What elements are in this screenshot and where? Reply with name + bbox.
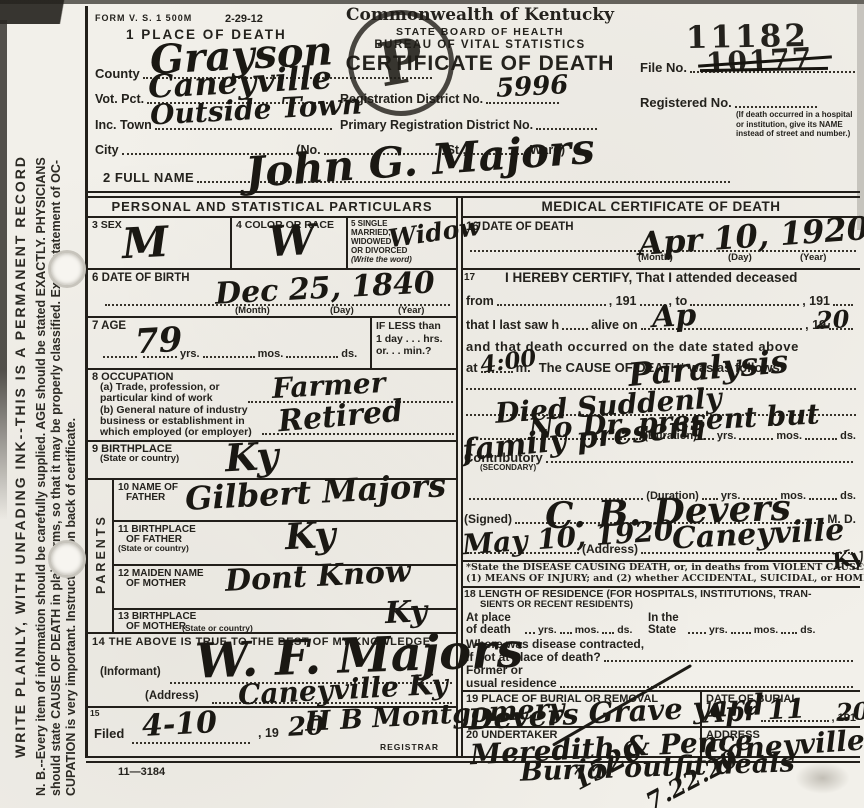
burial-year-value: 20: [835, 699, 864, 725]
age-value: 79: [134, 323, 183, 359]
year-191-a: , 191: [609, 294, 637, 308]
p-stamp-letter: P: [373, 25, 430, 102]
at-place-units-row: yrs. mos. ds.: [522, 624, 640, 636]
row-line-3: [88, 368, 456, 370]
res-ds-1: ds.: [617, 624, 632, 636]
mother-bp-value: Ky: [384, 597, 428, 629]
parents-label: PARENTS: [94, 514, 108, 594]
father-name-value: Gilbert Majors: [184, 469, 446, 515]
occupation-b-value: Retired: [277, 397, 404, 438]
time-of-death-value: 4:00: [479, 346, 538, 377]
from-label: from: [466, 294, 494, 308]
birthplace-value: Ky: [224, 437, 279, 478]
in-state-units-row: yrs. mos. ds.: [685, 624, 857, 636]
cell-border-1: [230, 216, 232, 268]
full-name-label: 2 FULL NAME: [103, 170, 194, 185]
form-code: 11—3184: [118, 766, 165, 778]
certify-statement: I HEREBY CERTIFY, That I attended deceas…: [505, 271, 797, 286]
mother-name-label-l2: OF MOTHER: [126, 578, 186, 589]
dob-label: 6 DATE OF BIRTH: [92, 272, 190, 285]
father-name-label-l2: FATHER: [126, 492, 165, 503]
if-less-l2: 1 day . . . hrs.: [376, 333, 443, 346]
filed-date-value: 4-10: [141, 708, 218, 742]
margin-warning-text: WRITE PLAINLY, WITH UNFADING INK--THIS I…: [12, 155, 28, 758]
if-less-label: IF LESS than 1 day . . . hrs. or. . . mi…: [376, 320, 443, 358]
if-less-l1: IF LESS than: [376, 320, 443, 333]
registered-no-row: Registered No.: [640, 95, 820, 110]
hospital-note: (If death occurred in a hospital or inst…: [736, 110, 860, 139]
vot-pct-label: Vot. Pct.: [95, 92, 144, 106]
age-label: 7 AGE: [92, 320, 126, 333]
informant-label: (Informant): [100, 666, 161, 679]
last-saw-label-a: that I last saw h: [466, 318, 559, 332]
dod-label: 16 DATE OF DEATH: [466, 221, 574, 234]
occupation-a-line2: particular kind of work: [100, 393, 213, 405]
county-label: County: [95, 66, 140, 81]
mother-name-value: Dont Know: [224, 557, 411, 597]
sign-address-value: Caneyville: [671, 516, 845, 555]
res-ds-2: ds.: [800, 624, 815, 636]
sign-address-value-2: Ky: [830, 545, 864, 574]
city-label: City: [95, 143, 119, 157]
footnote-line-1: *State the DISEASE CAUSING DEATH, or, in…: [466, 563, 864, 573]
cell-border-3: [370, 316, 372, 368]
scan-edge-top: [0, 0, 864, 4]
res-mos-2: mos.: [754, 624, 779, 636]
margin-nb-line1: N. B.--Every item of information should …: [34, 157, 49, 796]
duration-ds-1: ds.: [840, 430, 856, 442]
dod-value: Apr 10, 1920: [637, 212, 864, 260]
signed-label: (Signed): [464, 512, 512, 526]
at-label: at: [466, 360, 478, 375]
res-mos-1: mos.: [575, 624, 600, 636]
registered-no-label: Registered No.: [640, 95, 732, 110]
last-saw-month-value: Ap: [651, 301, 697, 333]
cell-border-2: [346, 216, 348, 268]
father-bp-value: Ky: [284, 517, 336, 556]
form-revision-date: 2-29-12: [225, 13, 263, 25]
file-no-label: File No.: [640, 60, 687, 75]
reg-district-value: 5996: [495, 72, 569, 102]
dob-year-label: (Year): [398, 306, 424, 316]
filed-year-prefix: , 19: [258, 727, 279, 741]
medical-section-title: MEDICAL CERTIFICATE OF DEATH: [462, 200, 860, 215]
mother-bp-label-l2: OF MOTHER: [126, 621, 186, 632]
res-yrs-1: yrs.: [538, 624, 557, 636]
age-ds-label: ds.: [341, 348, 357, 360]
death-certificate-scan: WRITE PLAINLY, WITH UNFADING INK--THIS I…: [0, 0, 864, 808]
age-mos-label: mos.: [258, 348, 284, 360]
scan-edge-left: [0, 20, 7, 520]
sec18-label-l2: SIENTS OR RECENT RESIDENTS): [480, 600, 633, 610]
birthplace-sub-label: (State or country): [100, 454, 179, 464]
header-divider: [86, 191, 860, 198]
race-value: W: [267, 219, 316, 263]
dob-day-label: (Day): [330, 306, 354, 316]
sex-label: 3 SEX: [92, 220, 122, 232]
dod-year-label: (Year): [800, 253, 826, 263]
scan-smudge-bottom-right: [795, 762, 850, 794]
father-bp-sub-label: (State or country): [118, 544, 189, 553]
sec17-label: 17: [464, 272, 475, 283]
informant-address-label: (Address): [145, 690, 199, 703]
if-less-l3: or. . . min.?: [376, 345, 443, 358]
burial-date-value: Apr 11: [703, 695, 805, 727]
certificate-left-border: [85, 6, 88, 758]
sec15-label: 15: [90, 709, 99, 718]
footnote-line-2: (1) MEANS OF INJURY; and (2) whether ACC…: [466, 574, 864, 584]
marital-hint: (Write the word): [351, 255, 412, 264]
filed-label: Filed: [94, 727, 124, 741]
last-saw-year-value: 20: [815, 307, 850, 333]
registrar-label: REGISTRAR: [380, 743, 439, 752]
sex-value: M: [121, 221, 170, 265]
personal-section-title: PERSONAL AND STATISTICAL PARTICULARS: [88, 200, 456, 214]
in-state-label-l2: State: [648, 624, 676, 637]
duration-ds-2: ds.: [840, 490, 856, 502]
punch-hole-top: [48, 250, 86, 288]
in-state-label-l1: In the: [648, 612, 679, 625]
last-saw-label-b: alive on: [591, 318, 638, 332]
contracted-row: if not at place of death?: [466, 650, 856, 664]
res-yrs-2: yrs.: [709, 624, 728, 636]
punch-hole-bottom: [48, 540, 86, 578]
form-number: FORM V. S. 1 500M: [95, 14, 192, 24]
inc-town-label: Inc. Town: [95, 118, 152, 132]
